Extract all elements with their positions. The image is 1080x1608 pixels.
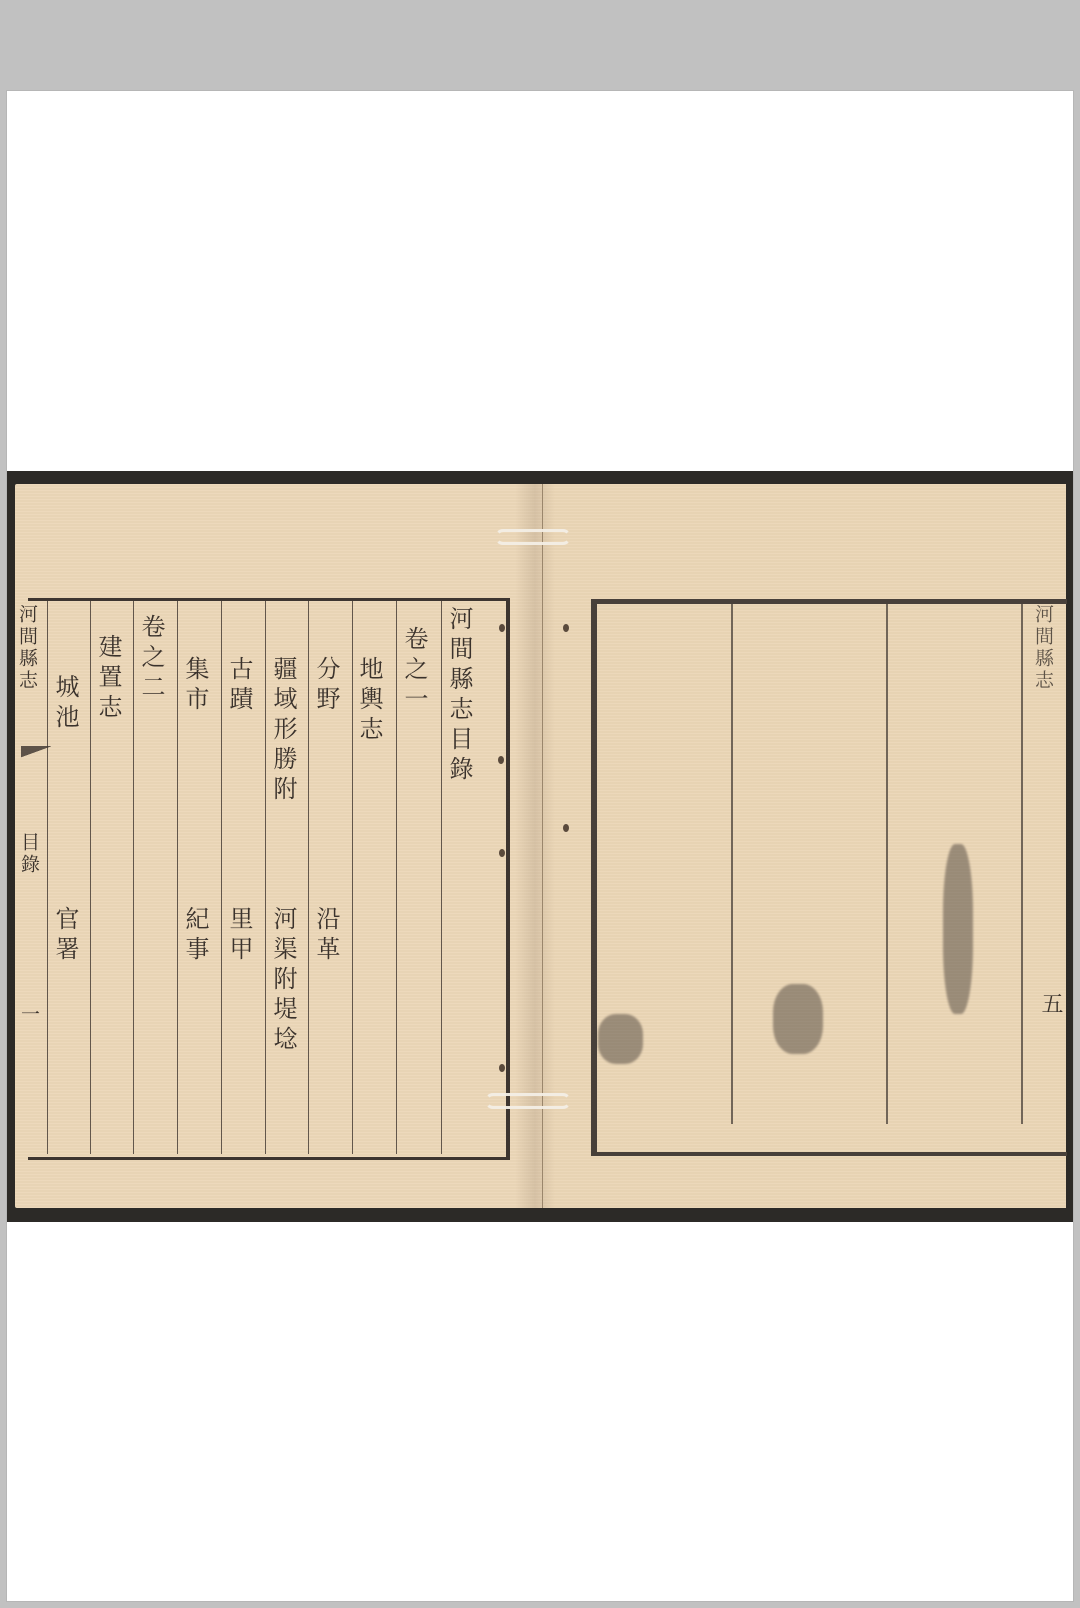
toc-entry: 城池 bbox=[53, 674, 77, 734]
toc-entry: 紀事 bbox=[183, 906, 207, 966]
binding-hole bbox=[499, 849, 505, 857]
toc-entry: 疆域形勝附 bbox=[271, 656, 295, 806]
binding-hole bbox=[498, 756, 504, 764]
toc-title: 河間縣志目錄 bbox=[447, 606, 471, 786]
column-divider bbox=[47, 601, 48, 1154]
binding-hole bbox=[499, 1064, 505, 1072]
toc-section-construction: 建置志 bbox=[96, 634, 120, 724]
column-divider bbox=[177, 601, 178, 1154]
binding-hole bbox=[499, 624, 505, 632]
right-page-border bbox=[591, 599, 1067, 1156]
column-divider bbox=[133, 601, 134, 1154]
toc-entry: 沿革 bbox=[314, 906, 338, 966]
toc-entry: 官署 bbox=[53, 906, 77, 966]
fishtail-mark bbox=[21, 746, 51, 760]
toc-volume-1: 卷之一 bbox=[402, 626, 426, 716]
toc-entry: 集市 bbox=[183, 656, 207, 716]
toc-volume-2: 卷之二 bbox=[139, 614, 163, 704]
margin-section: 目錄 bbox=[19, 832, 38, 876]
column-divider bbox=[221, 601, 222, 1154]
margin-page-number: 一 bbox=[19, 1004, 38, 1026]
binding-thread bbox=[495, 529, 571, 545]
toc-section-geography: 地輿志 bbox=[357, 656, 381, 746]
right-page: 河間縣志 五 bbox=[542, 484, 1066, 1208]
binding-thread bbox=[485, 1093, 571, 1109]
toc-entry: 分野 bbox=[314, 656, 338, 716]
ink-smudge bbox=[773, 984, 823, 1054]
margin-page-number: 五 bbox=[1039, 992, 1061, 1020]
column-divider bbox=[308, 601, 309, 1154]
binding-hole bbox=[563, 824, 569, 832]
left-page: 河間縣志 目錄 一 河間縣志目錄 卷之一 地輿志 分野 沿革 疆域形勝附 河渠附… bbox=[15, 484, 542, 1208]
toc-entry: 里甲 bbox=[227, 906, 251, 966]
book-scan-spread: 河間縣志 目錄 一 河間縣志目錄 卷之一 地輿志 分野 沿革 疆域形勝附 河渠附… bbox=[7, 471, 1073, 1222]
toc-entry: 古蹟 bbox=[227, 656, 251, 716]
column-divider bbox=[396, 601, 397, 1154]
column-divider bbox=[352, 601, 353, 1154]
column-divider bbox=[265, 601, 266, 1154]
column-divider bbox=[1021, 604, 1023, 1124]
margin-title: 河間縣志 bbox=[17, 604, 36, 692]
margin-title: 河間縣志 bbox=[1033, 604, 1052, 692]
column-divider bbox=[441, 601, 442, 1154]
ink-smudge bbox=[598, 1014, 643, 1064]
toc-entry: 河渠附堤埝 bbox=[271, 906, 295, 1056]
binding-hole bbox=[563, 624, 569, 632]
column-divider bbox=[90, 601, 91, 1154]
column-divider bbox=[731, 604, 733, 1124]
ink-smudge bbox=[943, 844, 973, 1014]
column-divider bbox=[886, 604, 888, 1124]
